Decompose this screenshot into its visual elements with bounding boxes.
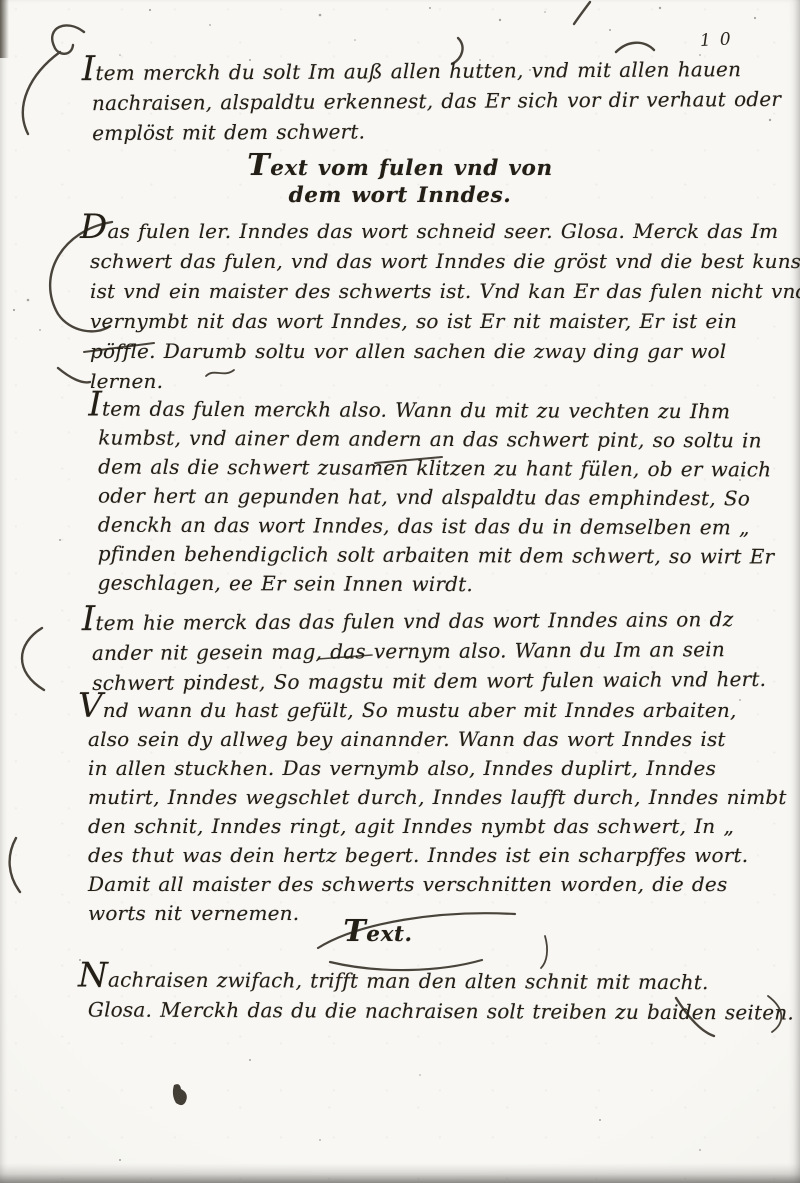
text-line: Damit all maister des schwerts verschnit… — [78, 870, 787, 899]
margin-flourish-item-c — [22, 628, 44, 690]
text-line: des thut was dein hertz begert. Inndes i… — [78, 841, 787, 870]
text-line: Item merckh du solt Im auß allen hutten,… — [82, 50, 781, 88]
heading-line: dem wort Inndes. — [0, 182, 800, 209]
scan-edge-left — [0, 0, 9, 58]
text-line: nachraisen, alspaldtu erkennest, das Er … — [82, 84, 781, 118]
text-line: also sein dy allweg bey ainannder. Wann … — [78, 725, 787, 754]
text-line: Nachraisen zwifach, trifft man den alten… — [78, 960, 794, 997]
text-line: dem als die schwert zusamen klitzen zu h… — [88, 453, 775, 485]
text-line: oder hert an gepunden hat, vnd alspaldtu… — [88, 482, 775, 514]
heading-text: Text. — [0, 918, 778, 948]
text-line: in allen stuckhen. Das vernymb also, Inn… — [78, 754, 787, 783]
text-line: geschlagen, ee Er sein Innen wirdt. — [88, 569, 775, 601]
text-line: Vnd wann du hast gefült, So mustu aber m… — [78, 692, 787, 725]
margin-flourish-top-tick — [574, 2, 590, 24]
paragraph-nachraisen-rule: Item merckh du solt Im auß allen hutten,… — [82, 50, 782, 148]
text-line: Item das fulen merckh also. Wann du mit … — [88, 391, 775, 427]
folio-number: 10 — [700, 29, 741, 51]
heading-line: Text vom fulen vnd von — [0, 152, 800, 182]
text-line: vernymbt nit das wort Inndes, so ist Er … — [80, 306, 800, 336]
text-line: kumbst, vnd ainer dem andern an das schw… — [88, 424, 775, 456]
paragraph-item-das-fulen: Item das fulen merckh also. Wann du mit … — [88, 391, 775, 601]
text-line: ander nit gesein mag, das vernym also. W… — [82, 634, 766, 668]
text-line: ist vnd ein maister des schwerts ist. Vn… — [80, 276, 800, 306]
text-line: Item hie merck das das fulen vnd das wor… — [82, 600, 766, 638]
manuscript-page: 10 Item merckh — [0, 0, 800, 1183]
text-line: mutirt, Inndes wegschlet durch, Inndes l… — [78, 783, 787, 812]
margin-flourish-damit — [10, 838, 20, 892]
text-line: Glosa. Merckh das du die nachraisen solt… — [78, 994, 794, 1027]
text-line: denckh an das wort Inndes, das ist das d… — [88, 511, 775, 543]
heading-line: Text. — [0, 918, 778, 948]
text-line: pöffle. Darumb soltu vor allen sachen di… — [80, 336, 800, 366]
text-line: pfinden behendigclich solt arbaiten mit … — [88, 540, 775, 572]
paragraph-nachraisen-zwifach: Nachraisen zwifach, trifft man den alten… — [78, 960, 794, 1027]
text-line: den schnit, Inndes ringt, agit Inndes ny… — [78, 812, 787, 841]
margin-flourish-top-left — [23, 25, 84, 134]
text-line: emplöst mit dem schwert. — [82, 114, 781, 148]
paragraph-das-fulen-glosa: Das fulen ler. Inndes das wort schneid s… — [80, 212, 800, 396]
text-line: schwert das fulen, vnd das wort Inndes d… — [80, 246, 800, 276]
text-line: Das fulen ler. Inndes das wort schneid s… — [80, 212, 800, 246]
scan-edge-bottom — [0, 1163, 800, 1183]
paragraph-item-hie-merck: Item hie merck das das fulen vnd das wor… — [82, 600, 767, 698]
paragraph-vnd-wann-gefult: Vnd wann du hast gefült, So mustu aber m… — [78, 692, 787, 928]
ink-blot — [173, 1084, 187, 1105]
heading-text-vom-fulen: Text vom fulen vnd von dem wort Inndes. — [0, 152, 800, 209]
